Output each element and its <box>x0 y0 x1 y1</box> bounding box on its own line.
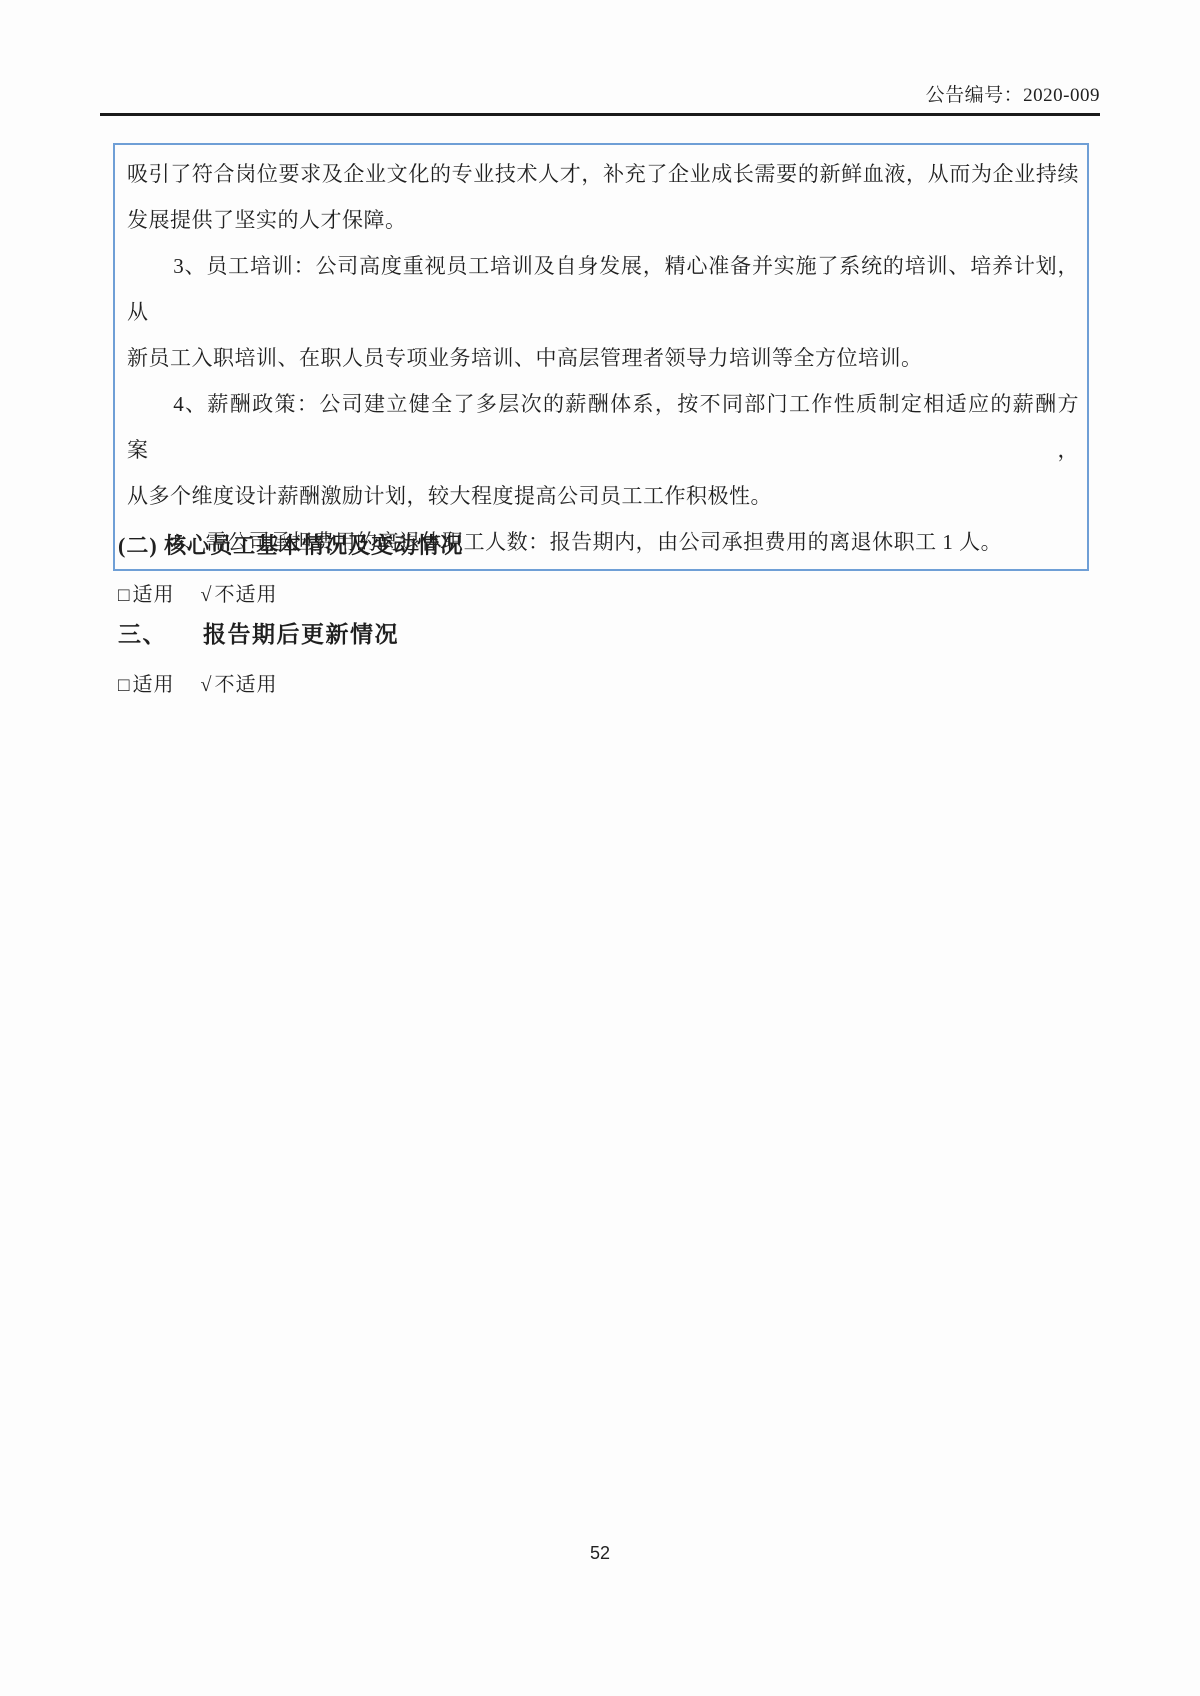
page-number: 52 <box>0 1543 1200 1564</box>
applicable-label: 适用 <box>132 584 174 606</box>
applicability-row-post-period: □适用 √不适用 <box>118 668 277 697</box>
checkbox-unchecked-icon: □ <box>118 585 130 606</box>
section-number: 三、 <box>118 622 167 647</box>
text-line: 吸引了符合岗位要求及企业文化的专业技术人才，补充了企业成长需要的新鲜血液，从而为… <box>127 151 1079 197</box>
text-line: 3、员工培训：公司高度重视员工培训及自身发展，精心准备并实施了系统的培训、培养计… <box>127 243 1079 335</box>
checkbox-unchecked-icon: □ <box>118 675 130 696</box>
section-heading-post-period: 三、报告期后更新情况 <box>118 616 399 649</box>
applicable-label: 适用 <box>132 674 174 696</box>
text-line: 新员工入职培训、在职人员专项业务培训、中高层管理者领导力培训等全方位培训。 <box>127 335 1079 381</box>
announcement-number: 公告编号：2020-009 <box>926 80 1100 107</box>
check-mark-icon: √ <box>200 584 212 606</box>
text-line: 4、薪酬政策：公司建立健全了多层次的薪酬体系，按不同部门工作性质制定相适应的薪酬… <box>127 381 1079 473</box>
not-applicable-label: 不适用 <box>214 674 277 696</box>
highlighted-text-box: 吸引了符合岗位要求及企业文化的专业技术人才，补充了企业成长需要的新鲜血液，从而为… <box>113 143 1089 571</box>
header-divider <box>100 113 1100 116</box>
text-line: 从多个维度设计薪酬激励计划，较大程度提高公司员工工作积极性。 <box>127 473 1079 519</box>
section-heading-core-staff: (二) 核心员工基本情况及变动情况 <box>118 529 463 560</box>
check-mark-icon: √ <box>200 674 212 696</box>
document-page: 公告编号：2020-009 吸引了符合岗位要求及企业文化的专业技术人才，补充了企… <box>0 0 1200 1696</box>
section-title: 报告期后更新情况 <box>203 622 399 647</box>
not-applicable-label: 不适用 <box>214 584 277 606</box>
applicability-row-core-staff: □适用 √不适用 <box>118 578 277 607</box>
text-line: 发展提供了坚实的人才保障。 <box>127 197 1079 243</box>
